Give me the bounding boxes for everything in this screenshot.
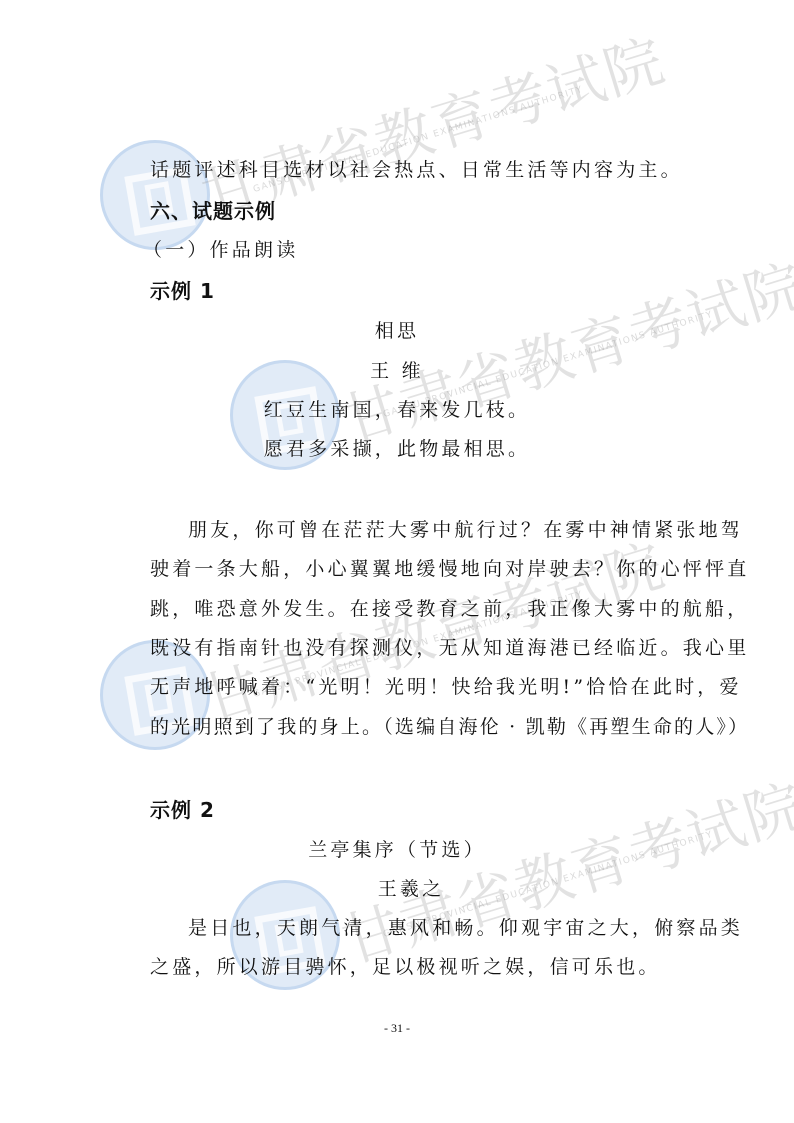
poem-line: 红豆生南国，春来发几枝。 bbox=[0, 398, 794, 422]
document-page: 甘肃省教育考试院 GANSU PROVINCIAL EDUCATION EXAM… bbox=[0, 0, 794, 1123]
passage-line: 既没有指南针也没有探测仪，无从知道海港已经临近。我心里 bbox=[150, 636, 749, 660]
poem-author: 王 维 bbox=[0, 359, 794, 383]
watermark-text: 甘肃省教育考试院 bbox=[330, 238, 794, 459]
passage-line: 的光明照到了我的身上。（选编自海伦 · 凯勒《再塑生命的人》） bbox=[150, 715, 749, 739]
excerpt-author: 王羲之 bbox=[14, 877, 794, 901]
passage-line: 跳，唯恐意外发生。在接受教育之前，我正像大雾中的航船， bbox=[150, 597, 749, 621]
excerpt-title: 兰亭集序（节选） bbox=[0, 838, 794, 862]
passage-line: 驶着一条大船，小心翼翼地缓慢地向对岸驶去？你的心怦怦直 bbox=[150, 557, 749, 581]
section-heading: 六、试题示例 bbox=[150, 199, 276, 223]
excerpt-line: 是日也，天朗气清，惠风和畅。仰观宇宙之大，俯察品类 bbox=[188, 916, 743, 940]
subsection-heading: （一）作品朗读 bbox=[143, 238, 298, 262]
passage-line: 无声地呼喊着：“光明！光明！快给我光明!”恰恰在此时，爱 bbox=[150, 675, 742, 699]
poem-title: 相思 bbox=[0, 319, 794, 343]
intro-paragraph: 话题评述科目选材以社会热点、日常生活等内容为主。 bbox=[150, 158, 683, 182]
example-1-label: 示例 1 bbox=[150, 279, 215, 303]
watermark-text: 甘肃省教育考试院 bbox=[190, 518, 674, 739]
watermark-text: 甘肃省教育考试院 bbox=[330, 758, 794, 979]
watermark-logo-icon bbox=[100, 140, 210, 250]
poem-line: 愿君多采撷，此物最相思。 bbox=[0, 437, 794, 461]
excerpt-line: 之盛，所以游目骋怀，足以极视听之娱，信可乐也。 bbox=[150, 955, 661, 979]
page-number: - 31 - bbox=[0, 1021, 794, 1036]
example-2-label: 示例 2 bbox=[150, 798, 215, 822]
passage-line: 朋友，你可曾在茫茫大雾中航行过？在雾中神情紧张地驾 bbox=[188, 518, 743, 542]
